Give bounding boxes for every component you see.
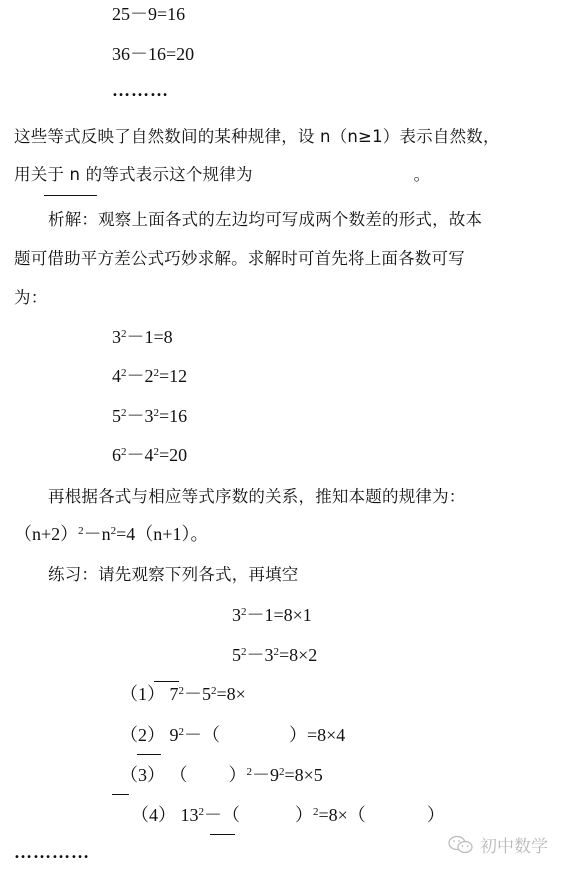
analysis-line-3: 为： bbox=[14, 288, 47, 308]
exercise-item-2: （2） 92－（ ）=8×4 bbox=[120, 725, 345, 745]
question-line-1: 这些等式反映了自然数间的某种规律，设 n（n≥1）表示自然数， bbox=[14, 127, 500, 147]
conclusion-line-1: 再根据各式与相应等式序数的关系，推知本题的规律为： bbox=[48, 487, 466, 507]
underline-rule bbox=[137, 754, 161, 755]
exercise-example-2: 52－32=8×2 bbox=[232, 645, 317, 665]
rewritten-equation-1: 32－1=8 bbox=[112, 327, 173, 347]
question-prefix: 用关于 n 的等式表示这个规律为 bbox=[14, 165, 253, 184]
wechat-icon bbox=[448, 835, 474, 855]
exercise-item-1: （1） 72－52=8× bbox=[120, 684, 246, 704]
rewritten-equation-4: 62－42=20 bbox=[112, 445, 187, 465]
question-period: 。 bbox=[414, 165, 431, 184]
final-ellipsis: ………… bbox=[14, 842, 90, 862]
analysis-line-1: 析解：观察上面各式的左边均可写成两个数差的形式，故本 bbox=[48, 210, 482, 230]
rewritten-equation-3: 52－32=16 bbox=[112, 406, 187, 426]
question-line-2: 用关于 n 的等式表示这个规律为 。 bbox=[14, 165, 430, 185]
intro-ellipsis: ……… bbox=[112, 80, 169, 100]
underline-rule bbox=[112, 794, 129, 795]
exercise-item-4: （4） 132－（ ）2=8×（ ） bbox=[131, 805, 445, 825]
analysis-line-2: 题可借助平方差公式巧妙求解。求解时可首先将上面各数可写 bbox=[14, 249, 465, 269]
underline-rule bbox=[44, 195, 97, 196]
overline-rule bbox=[154, 681, 179, 682]
watermark-text: 初中数学 bbox=[480, 832, 548, 857]
conclusion-formula: （n+2）2－n2=4（n+1）。 bbox=[14, 524, 208, 544]
underline-rule bbox=[210, 834, 235, 835]
intro-equation-1: 25－9=16 bbox=[112, 4, 185, 24]
exercise-title: 练习：请先观察下列各式，再填空 bbox=[48, 565, 299, 585]
watermark: 初中数学 bbox=[448, 832, 548, 857]
intro-equation-2: 36－16=20 bbox=[112, 44, 194, 64]
rewritten-equation-2: 42－22=12 bbox=[112, 366, 187, 386]
exercise-item-3: （3） （ ）2－92=8×5 bbox=[120, 765, 323, 785]
exercise-example-1: 32－1=8×1 bbox=[232, 605, 312, 625]
